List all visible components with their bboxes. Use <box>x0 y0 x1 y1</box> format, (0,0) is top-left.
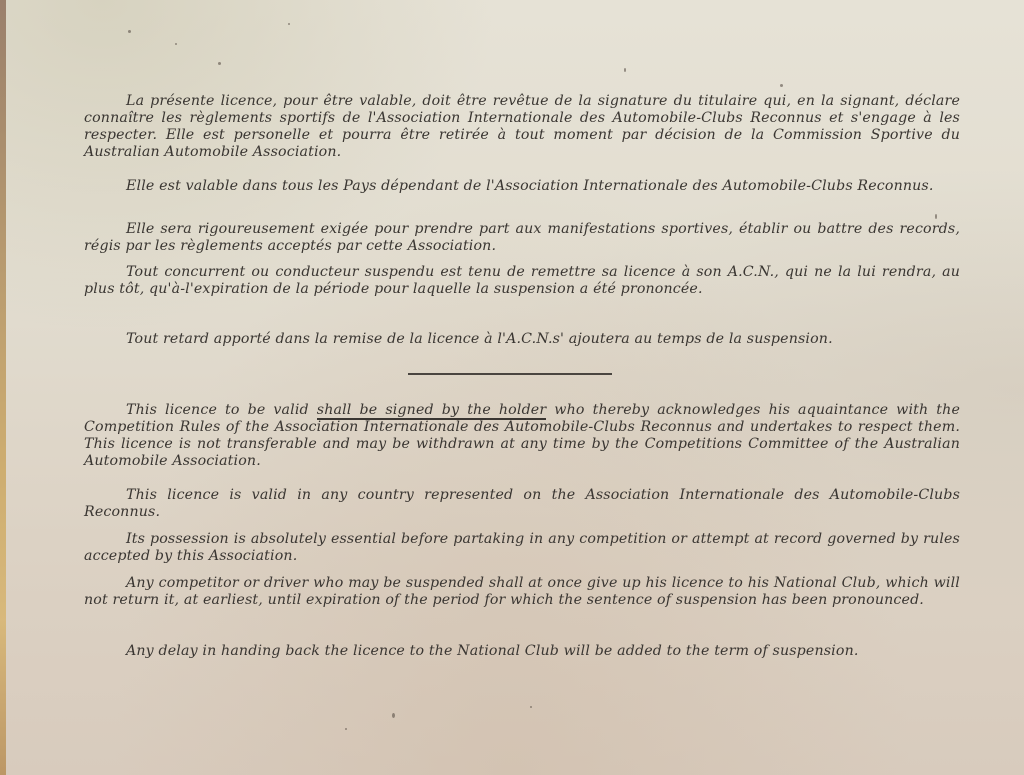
card-edge <box>0 0 6 775</box>
paragraph-text: Any competitor or driver who may be susp… <box>84 575 960 609</box>
underlined-signature-clause: shall be signed by the holder <box>317 402 546 420</box>
paper-speck <box>128 30 131 33</box>
english-paragraph-suspension: Any competitor or driver who may be susp… <box>84 575 960 609</box>
french-paragraph-delay: Tout retard apporté dans la remise de la… <box>84 331 960 348</box>
paragraph-text: Tout retard apporté dans la remise de la… <box>84 331 960 348</box>
french-paragraph-suspension: Tout concurrent ou conducteur suspendu e… <box>84 264 960 298</box>
text-before-underline: This licence to be valid <box>126 402 317 418</box>
paragraph-text: Elle sera rigoureusement exigée pour pre… <box>84 221 960 255</box>
paragraph-text: Any delay in handing back the licence to… <box>84 643 960 660</box>
paper-speck <box>935 214 937 219</box>
paper-speck <box>345 728 347 730</box>
paragraph-text: La présente licence, pour être valable, … <box>84 93 960 161</box>
paragraph-text: Elle est valable dans tous les Pays dépe… <box>84 178 960 195</box>
english-paragraph-countries: This licence is valid in any country rep… <box>84 487 960 521</box>
paragraph-text: Its possession is absolutely essential b… <box>84 531 960 565</box>
paper-speck <box>780 84 783 87</box>
paragraph-text: This licence to be valid shall be signed… <box>84 402 960 470</box>
section-divider <box>408 373 612 375</box>
paragraph-text: This licence is valid in any country rep… <box>84 487 960 521</box>
english-paragraph-validity: This licence to be valid shall be signed… <box>84 402 960 470</box>
paper-speck <box>530 706 532 708</box>
english-paragraph-requirement: Its possession is absolutely essential b… <box>84 531 960 565</box>
english-paragraph-delay: Any delay in handing back the licence to… <box>84 643 960 660</box>
paper-speck <box>624 68 626 72</box>
french-paragraph-countries: Elle est valable dans tous les Pays dépe… <box>84 178 960 195</box>
paper-speck <box>218 62 221 65</box>
paper-speck <box>392 713 395 718</box>
french-paragraph-validity: La présente licence, pour être valable, … <box>84 93 960 161</box>
paragraph-text: Tout concurrent ou conducteur suspendu e… <box>84 264 960 298</box>
paper-speck <box>288 23 290 25</box>
paper-speck <box>175 43 177 45</box>
french-paragraph-requirement: Elle sera rigoureusement exigée pour pre… <box>84 221 960 255</box>
